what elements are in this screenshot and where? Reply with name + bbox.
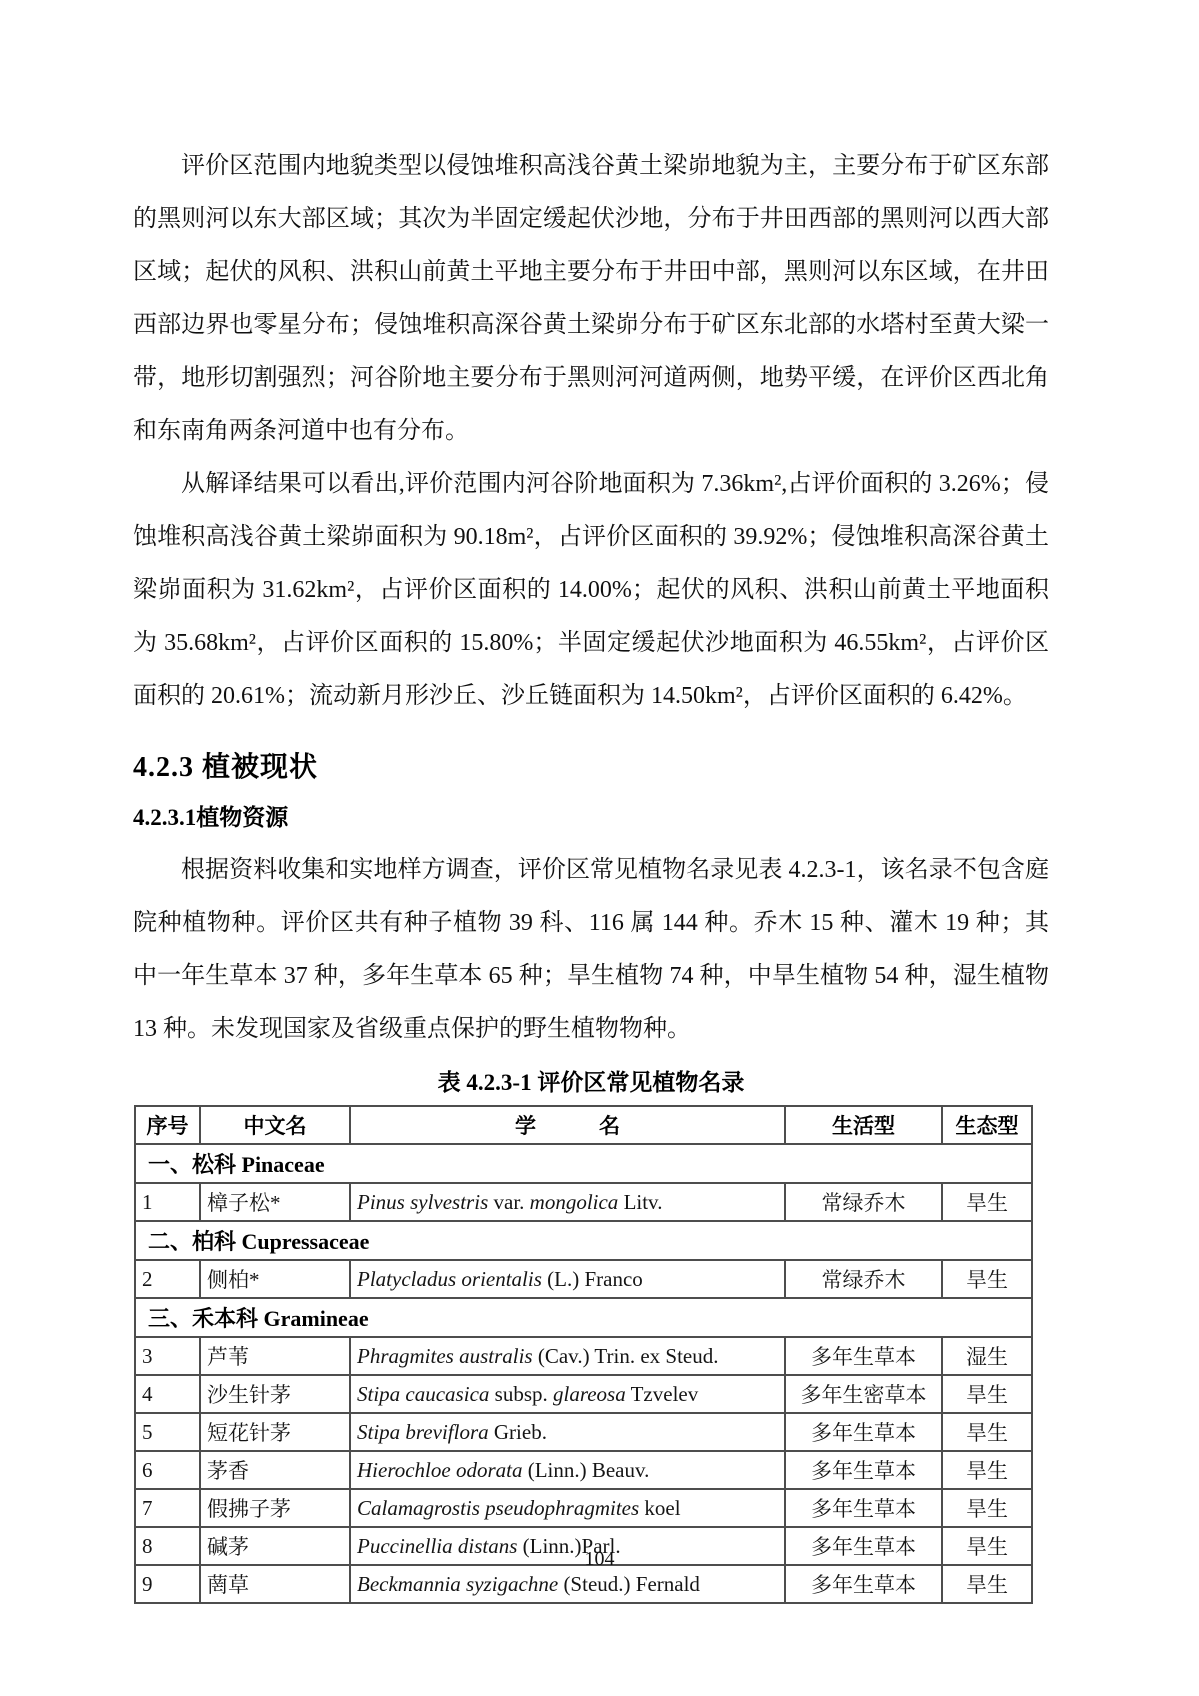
plant-number-cell: 3 — [135, 1337, 200, 1375]
scientific-name-roman-part: (Linn.) Beauv. — [522, 1458, 649, 1482]
plant-life-form-cell: 常绿乔木 — [785, 1260, 942, 1298]
plant-ecological-type-cell: 湿生 — [942, 1337, 1032, 1375]
family-group-label: 一、松科 Pinaceae — [135, 1144, 1032, 1183]
plant-chinese-name-cell: 沙生针茅 — [200, 1375, 350, 1413]
plant-ecological-type-cell: 旱生 — [942, 1489, 1032, 1527]
plant-ecological-type-cell: 旱生 — [942, 1260, 1032, 1298]
page-number: 104 — [0, 1548, 1199, 1571]
plant-row: 6茅香Hierochloe odorata (Linn.) Beauv.多年生草… — [135, 1451, 1032, 1489]
plant-life-form-cell: 常绿乔木 — [785, 1183, 942, 1221]
scientific-name-italic-part: Hierochloe odorata — [357, 1458, 522, 1482]
subsection-heading-plant-resources: 4.2.3.1植物资源 — [133, 799, 1049, 832]
plant-row: 4沙生针茅Stipa caucasica subsp. glareosa Tzv… — [135, 1375, 1032, 1413]
plant-table-body: 一、松科 Pinaceae1樟子松*Pinus sylvestris var. … — [135, 1144, 1032, 1603]
scientific-name-roman-part: koel — [639, 1496, 680, 1520]
plant-row: 7假拂子茅Calamagrostis pseudophragmites koel… — [135, 1489, 1032, 1527]
plant-ecological-type-cell: 旱生 — [942, 1183, 1032, 1221]
plant-number-cell: 7 — [135, 1489, 200, 1527]
plant-life-form-cell: 多年生草本 — [785, 1489, 942, 1527]
plant-scientific-name-cell: Phragmites australis (Cav.) Trin. ex Ste… — [350, 1337, 785, 1375]
plant-scientific-name-cell: Pinus sylvestris var. mongolica Litv. — [350, 1183, 785, 1221]
plant-number-cell: 2 — [135, 1260, 200, 1298]
plant-scientific-name-cell: Calamagrostis pseudophragmites koel — [350, 1489, 785, 1527]
plant-scientific-name-cell: Platycladus orientalis (L.) Franco — [350, 1260, 785, 1298]
family-group-label: 二、柏科 Cupressaceae — [135, 1221, 1032, 1260]
scientific-name-italic-part: Phragmites australis — [357, 1344, 533, 1368]
plant-row: 5短花针茅Stipa breviflora Grieb.多年生草本旱生 — [135, 1413, 1032, 1451]
plant-chinese-name-cell: 短花针茅 — [200, 1413, 350, 1451]
paragraph-plant-survey-summary: 根据资料收集和实地样方调查，评价区常见植物名录见表 4.2.3-1，该名录不包含… — [133, 844, 1049, 1056]
scientific-name-italic-part: Platycladus orientalis — [357, 1267, 542, 1291]
plant-life-form-cell: 多年生草本 — [785, 1451, 942, 1489]
scientific-name-italic-part: Calamagrostis pseudophragmites — [357, 1496, 639, 1520]
plant-scientific-name-cell: Stipa caucasica subsp. glareosa Tzvelev — [350, 1375, 785, 1413]
plant-life-form-cell: 多年生密草本 — [785, 1375, 942, 1413]
plant-row: 3芦苇Phragmites australis (Cav.) Trin. ex … — [135, 1337, 1032, 1375]
plant-life-form-cell: 多年生草本 — [785, 1413, 942, 1451]
plant-row: 2侧柏*Platycladus orientalis (L.) Franco常绿… — [135, 1260, 1032, 1298]
section-heading-vegetation-status: 4.2.3 植被现状 — [133, 745, 1049, 785]
column-header-life-form: 生活型 — [785, 1106, 942, 1144]
plant-table-header: 序号 中文名 学 名 生活型 生态型 — [135, 1106, 1032, 1144]
scientific-name-italic-part: Stipa breviflora — [357, 1420, 489, 1444]
family-group-row: 一、松科 Pinaceae — [135, 1144, 1032, 1183]
plant-list-table: 序号 中文名 学 名 生活型 生态型 一、松科 Pinaceae1樟子松*Pin… — [134, 1105, 1033, 1604]
plant-chinese-name-cell: 茅香 — [200, 1451, 350, 1489]
plant-number-cell: 5 — [135, 1413, 200, 1451]
scientific-name-roman-part: (L.) Franco — [542, 1267, 643, 1291]
paragraph-landform-distribution: 评价区范围内地貌类型以侵蚀堆积高浅谷黄土梁峁地貌为主，主要分布于矿区东部的黑则河… — [133, 140, 1049, 458]
plant-number-cell: 1 — [135, 1183, 200, 1221]
scientific-name-italic-part: Pinus sylvestris — [357, 1190, 488, 1214]
column-header-scientific-name: 学 名 — [350, 1106, 785, 1144]
scientific-name-italic-part: Beckmannia syzigachne — [357, 1572, 558, 1596]
scientific-name-roman-part: var. — [488, 1190, 529, 1214]
scientific-name-roman-part: subsp. — [489, 1382, 553, 1406]
scientific-name-roman-part: Grieb. — [489, 1420, 547, 1444]
family-group-row: 二、柏科 Cupressaceae — [135, 1221, 1032, 1260]
family-group-row: 三、禾本科 Gramineae — [135, 1298, 1032, 1337]
family-group-label: 三、禾本科 Gramineae — [135, 1298, 1032, 1337]
scientific-name-roman-part: Tzvelev — [626, 1382, 699, 1406]
plant-row: 1樟子松*Pinus sylvestris var. mongolica Lit… — [135, 1183, 1032, 1221]
plant-chinese-name-cell: 假拂子茅 — [200, 1489, 350, 1527]
scientific-name-italic-part: glareosa — [553, 1382, 626, 1406]
column-header-chinese-name: 中文名 — [200, 1106, 350, 1144]
plant-ecological-type-cell: 旱生 — [942, 1375, 1032, 1413]
plant-chinese-name-cell: 樟子松* — [200, 1183, 350, 1221]
document-page: 评价区范围内地貌类型以侵蚀堆积高浅谷黄土梁峁地貌为主，主要分布于矿区东部的黑则河… — [0, 0, 1199, 1696]
plant-scientific-name-cell: Hierochloe odorata (Linn.) Beauv. — [350, 1451, 785, 1489]
scientific-name-roman-part: Litv. — [618, 1190, 662, 1214]
plant-chinese-name-cell: 芦苇 — [200, 1337, 350, 1375]
plant-chinese-name-cell: 侧柏* — [200, 1260, 350, 1298]
scientific-name-italic-part: Stipa caucasica — [357, 1382, 489, 1406]
scientific-name-italic-part: mongolica — [530, 1190, 619, 1214]
plant-ecological-type-cell: 旱生 — [942, 1413, 1032, 1451]
scientific-name-roman-part: (Cav.) Trin. ex Steud. — [533, 1344, 719, 1368]
column-header-ecological-type: 生态型 — [942, 1106, 1032, 1144]
plant-life-form-cell: 多年生草本 — [785, 1337, 942, 1375]
column-header-number: 序号 — [135, 1106, 200, 1144]
table-title: 表 4.2.3-1 评价区常见植物名录 — [133, 1064, 1049, 1097]
plant-scientific-name-cell: Stipa breviflora Grieb. — [350, 1413, 785, 1451]
paragraph-interpretation-areas: 从解译结果可以看出,评价范围内河谷阶地面积为 7.36km²,占评价面积的 3.… — [133, 458, 1049, 723]
plant-number-cell: 4 — [135, 1375, 200, 1413]
plant-ecological-type-cell: 旱生 — [942, 1451, 1032, 1489]
scientific-name-roman-part: (Steud.) Fernald — [558, 1572, 700, 1596]
plant-number-cell: 6 — [135, 1451, 200, 1489]
plant-table-header-row: 序号 中文名 学 名 生活型 生态型 — [135, 1106, 1032, 1144]
